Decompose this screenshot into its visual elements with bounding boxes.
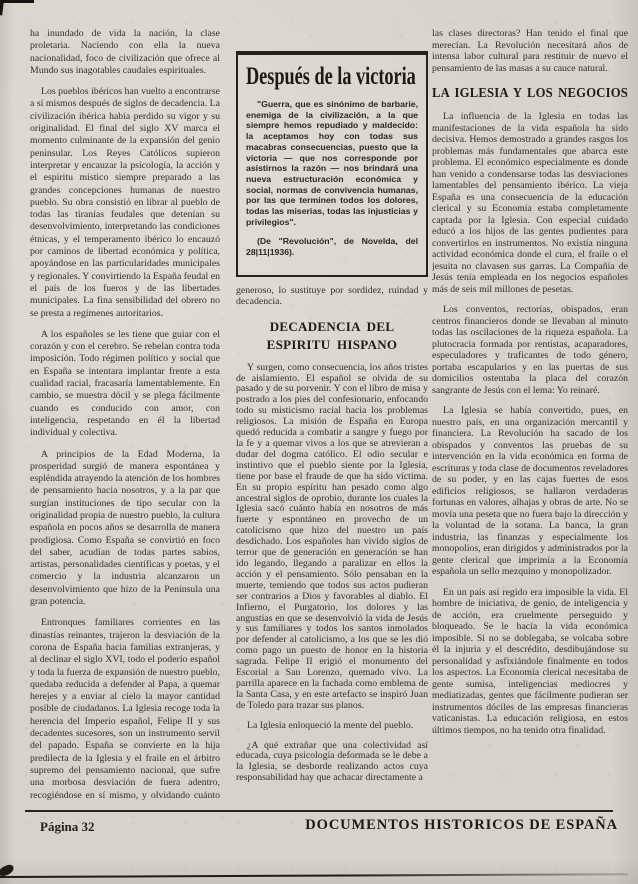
body-paragraph: Entronques familiares corrientes en las … <box>30 617 220 802</box>
newspaper-page: ha inundado de vida la nación, la clase … <box>0 0 638 884</box>
body-paragraph: La influencia de la Iglesia en todas las… <box>432 111 628 295</box>
body-paragraph: Los conventos, rectorías, obispados, era… <box>432 304 628 396</box>
footer-divider-rule <box>25 810 613 812</box>
publication-title: DOCUMENTOS HISTORICOS DE ESPAÑA <box>305 817 618 834</box>
scan-artifact-top-edge <box>0 0 34 3</box>
boxed-article-attribution: (De "Revolución", de Novelda, del 28|11|… <box>246 236 418 257</box>
body-paragraph: Y surgen, como consecuencia, los años tr… <box>236 363 428 712</box>
scan-artifact-bottom-line <box>0 873 628 878</box>
body-paragraph: Los pueblos ibéricos han vuelto a encont… <box>30 86 220 320</box>
page-number: Página 32 <box>40 819 95 835</box>
article-column-middle: Después de la victoria "Guerra, que es s… <box>236 28 428 802</box>
body-paragraph: En un país así regido era imposible la v… <box>432 587 628 737</box>
body-paragraph: las clases directoras? Han tenido el fin… <box>432 28 628 74</box>
article-column-left: ha inundado de vida la nación, la clase … <box>30 28 220 802</box>
body-paragraph: ha inundado de vida la nación, la clase … <box>30 28 220 77</box>
headline-decadencia-del-espiritu-hispano: DECADENCIA DEL ESPIRITU HISPANO <box>236 318 428 354</box>
body-paragraph: A los españoles se les tiene que guiar c… <box>30 329 220 440</box>
body-paragraph: La Iglesia enloqueció la mente del puebl… <box>236 721 428 732</box>
scan-artifact-top-left-corner <box>0 0 4 15</box>
body-paragraph: La Iglesia se había convertido, pues, en… <box>432 405 628 578</box>
boxed-article-quote: "Guerra, que es sinónimo de barbarie, en… <box>246 99 418 227</box>
headline-la-iglesia-y-los-negocios: LA IGLESIA Y LOS NEGOCIOS <box>432 85 616 101</box>
body-paragraph: generoso, lo sustituye por sordidez, rui… <box>236 286 428 308</box>
boxed-article-title: Después de la victoria <box>246 63 372 91</box>
article-column-right: las clases directoras? Han tenido el fin… <box>432 28 628 802</box>
body-paragraph: A principios de la Edad Moderna, la pros… <box>30 449 220 609</box>
body-paragraph: ¿A qué extrañar que una colectividad así… <box>236 741 428 785</box>
boxed-article: Después de la victoria "Guerra, que es s… <box>236 51 428 277</box>
